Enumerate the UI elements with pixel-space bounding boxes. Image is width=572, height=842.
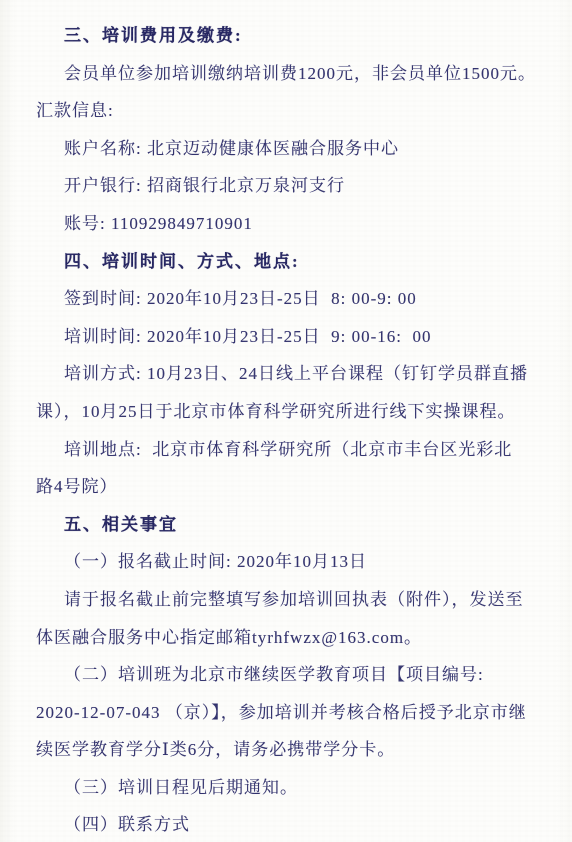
doc-line-location-1: 培训地点: 北京市体育科学研究所（北京市丰台区光彩北 xyxy=(36,431,552,469)
doc-line-cme-project-3: 续医学教育学分Ⅰ类6分，请务必携带学分卡。 xyxy=(36,731,552,769)
section-heading-fees: 三、培训费用及缴费: xyxy=(36,17,552,55)
doc-line-reply-form-2: 体医融合服务中心指定邮箱tyrhfwzx@163.com。 xyxy=(36,619,552,657)
section-heading-schedule: 四、培训时间、方式、地点: xyxy=(36,243,552,281)
doc-line-account-number: 账号: 110929849710901 xyxy=(36,205,552,243)
doc-line-location-2: 路4号院） xyxy=(36,468,552,506)
doc-line-fee-amounts: 会员单位参加培训缴纳培训费1200元，非会员单位1500元。 xyxy=(36,55,552,93)
doc-line-contact-heading: （四）联系方式 xyxy=(36,806,552,842)
doc-line-training-method-2: 课），10月25日于北京市体育科学研究所进行线下实操课程。 xyxy=(36,393,552,431)
doc-line-bank: 开户银行: 招商银行北京万泉河支行 xyxy=(36,167,552,205)
section-heading-matters: 五、相关事宜 xyxy=(36,506,552,544)
doc-line-agenda-notice: （三）培训日程见后期通知。 xyxy=(36,769,552,807)
doc-line-cme-project-2: 2020-12-07-043 （京）】，参加培训并考核合格后授予北京市继 xyxy=(36,694,552,732)
doc-line-reply-form-1: 请于报名截止前完整填写参加培训回执表（附件），发送至 xyxy=(36,581,552,619)
doc-line-training-time: 培训时间: 2020年10月23日-25日 9: 00-16: 00 xyxy=(36,318,552,356)
doc-line-deadline: （一）报名截止时间: 2020年10月13日 xyxy=(36,543,552,581)
doc-line-account-name: 账户名称: 北京迈动健康体医融合服务中心 xyxy=(36,130,552,168)
document-page: 三、培训费用及缴费: 会员单位参加培训缴纳培训费1200元，非会员单位1500元… xyxy=(0,0,572,842)
doc-line-cme-project-1: （二）培训班为北京市继续医学教育项目【项目编号: xyxy=(36,656,552,694)
doc-line-training-method-1: 培训方式: 10月23日、24日线上平台课程（钉钉学员群直播 xyxy=(36,355,552,393)
doc-line-checkin-time: 签到时间: 2020年10月23日-25日 8: 00-9: 00 xyxy=(36,280,552,318)
doc-line-remittance-label: 汇款信息: xyxy=(36,92,552,130)
